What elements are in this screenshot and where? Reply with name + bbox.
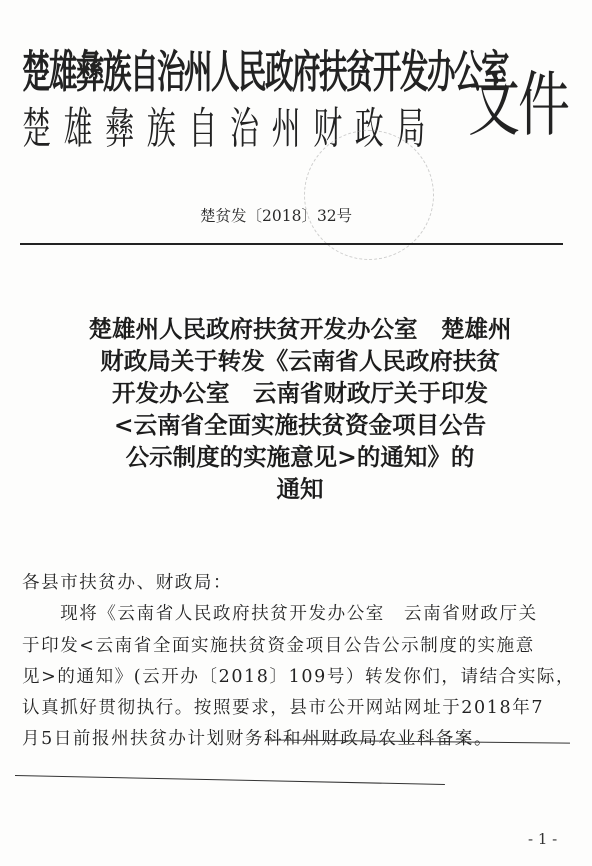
salutation: 各县市扶贫办、财政局： [22,568,577,599]
body-line: 于印发<云南省全面实施扶贫资金项目公告公示制度的实施意 [22,631,577,662]
issuer-line-1: 楚雄彝族自治州人民政府扶贫开发办公室 [22,48,508,95]
title-line: 财政局关于转发《云南省人民政府扶贫 [40,345,560,377]
title-line: 公示制度的实施意见>的通知》的 [40,441,560,473]
doc-number: 楚贫发〔2018〕32号 [200,206,352,226]
document-title: 楚雄州人民政府扶贫开发办公室 楚雄州 财政局关于转发《云南省人民政府扶贫 开发办… [40,313,560,505]
official-seal-stamp [304,130,434,260]
header-divider [20,243,563,245]
title-line: 通知 [40,473,560,505]
title-line: 开发办公室 云南省财政厅关于印发 [40,377,560,409]
document-body: 各县市扶贫办、财政局： 现将《云南省人民政府扶贫开发办公室 云南省财政厅关 于印… [22,568,577,756]
title-line: <云南省全面实施扶贫资金项目公告 [40,409,560,441]
body-line: 认真抓好贯彻执行。按照要求，县市公开网站网址于2018年7 [22,693,577,724]
handwritten-underline-2 [15,775,445,785]
body-line: 见>的通知》(云开办〔2018〕109号）转发你们，请结合实际， [22,662,577,693]
body-line: 现将《云南省人民政府扶贫开发办公室 云南省财政厅关 [22,599,577,630]
page-number: - 1 - [528,830,557,848]
title-line: 楚雄州人民政府扶贫开发办公室 楚雄州 [40,313,560,345]
doc-type-label: 文件 [468,68,568,144]
